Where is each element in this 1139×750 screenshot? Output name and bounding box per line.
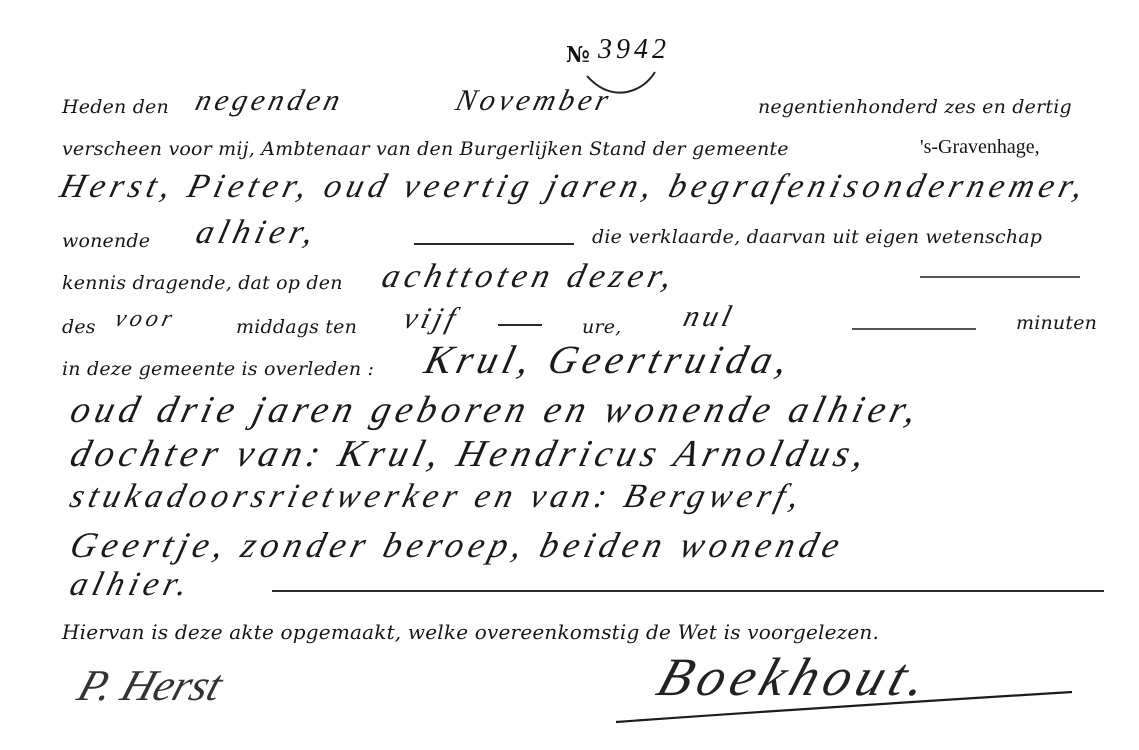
text-overleden: in deze gemeente is overleden : [62, 358, 374, 380]
text-kennis: kennis dragende, dat op den [62, 272, 343, 294]
closing-rule [272, 590, 1104, 592]
text-middags-ten: middags ten [236, 316, 357, 338]
handwritten-minutes: nul [680, 300, 739, 334]
text-des: des [62, 316, 96, 338]
number-sign: № [566, 42, 590, 68]
text-verklaarde: die verklaarde, daarvan uit eigen wetens… [592, 226, 1042, 248]
handwritten-am-pm: voor [112, 306, 179, 333]
blank-line [414, 243, 574, 245]
handwritten-age-birthplace: oud drie jaren geboren en wonende alhier… [66, 388, 926, 432]
blank-line [920, 276, 1080, 278]
text-wonende: wonende [62, 230, 150, 252]
handwritten-declarant: Herst, Pieter, oud veertig jaren, begraf… [56, 168, 1092, 206]
signature-declarant: P. Herst [72, 660, 230, 711]
handwritten-alhier: alhier. [66, 566, 196, 604]
handwritten-mother-details: Geertje, zonder beroep, beiden wonende [66, 524, 849, 566]
handwritten-day: negenden [192, 84, 347, 118]
signature-underline [612, 690, 1082, 730]
blank-line [852, 328, 976, 330]
text-year: negentienhonderd zes en dertig [758, 96, 1072, 118]
handwritten-month: November [452, 84, 616, 118]
handwritten-hour: vijf [400, 302, 463, 336]
death-certificate-page: № 3942 Heden den negenden November negen… [0, 0, 1139, 750]
text-verscheen: verscheen voor mij, Ambtenaar van den Bu… [62, 138, 789, 160]
handwritten-death-date: achttoten dezer, [378, 258, 681, 296]
handwritten-father-occupation-mother: stukadoorsrietwerker en van: Bergwerf, [66, 478, 808, 516]
handwritten-father: dochter van: Krul, Hendricus Arnoldus, [66, 432, 874, 476]
text-ure: ure, [582, 316, 621, 338]
text-place: 's-Gravenhage, [920, 136, 1040, 159]
text-minuten: minuten [1016, 312, 1097, 334]
handwritten-deceased-name: Krul, Geertruida, [420, 336, 798, 383]
text-heden-den: Heden den [62, 96, 169, 118]
text-closing: Hiervan is deze akte opgemaakt, welke ov… [62, 620, 879, 644]
handwritten-residence: alhier, [192, 214, 322, 252]
blank-line [498, 324, 542, 326]
certificate-number: 3942 [598, 34, 670, 66]
